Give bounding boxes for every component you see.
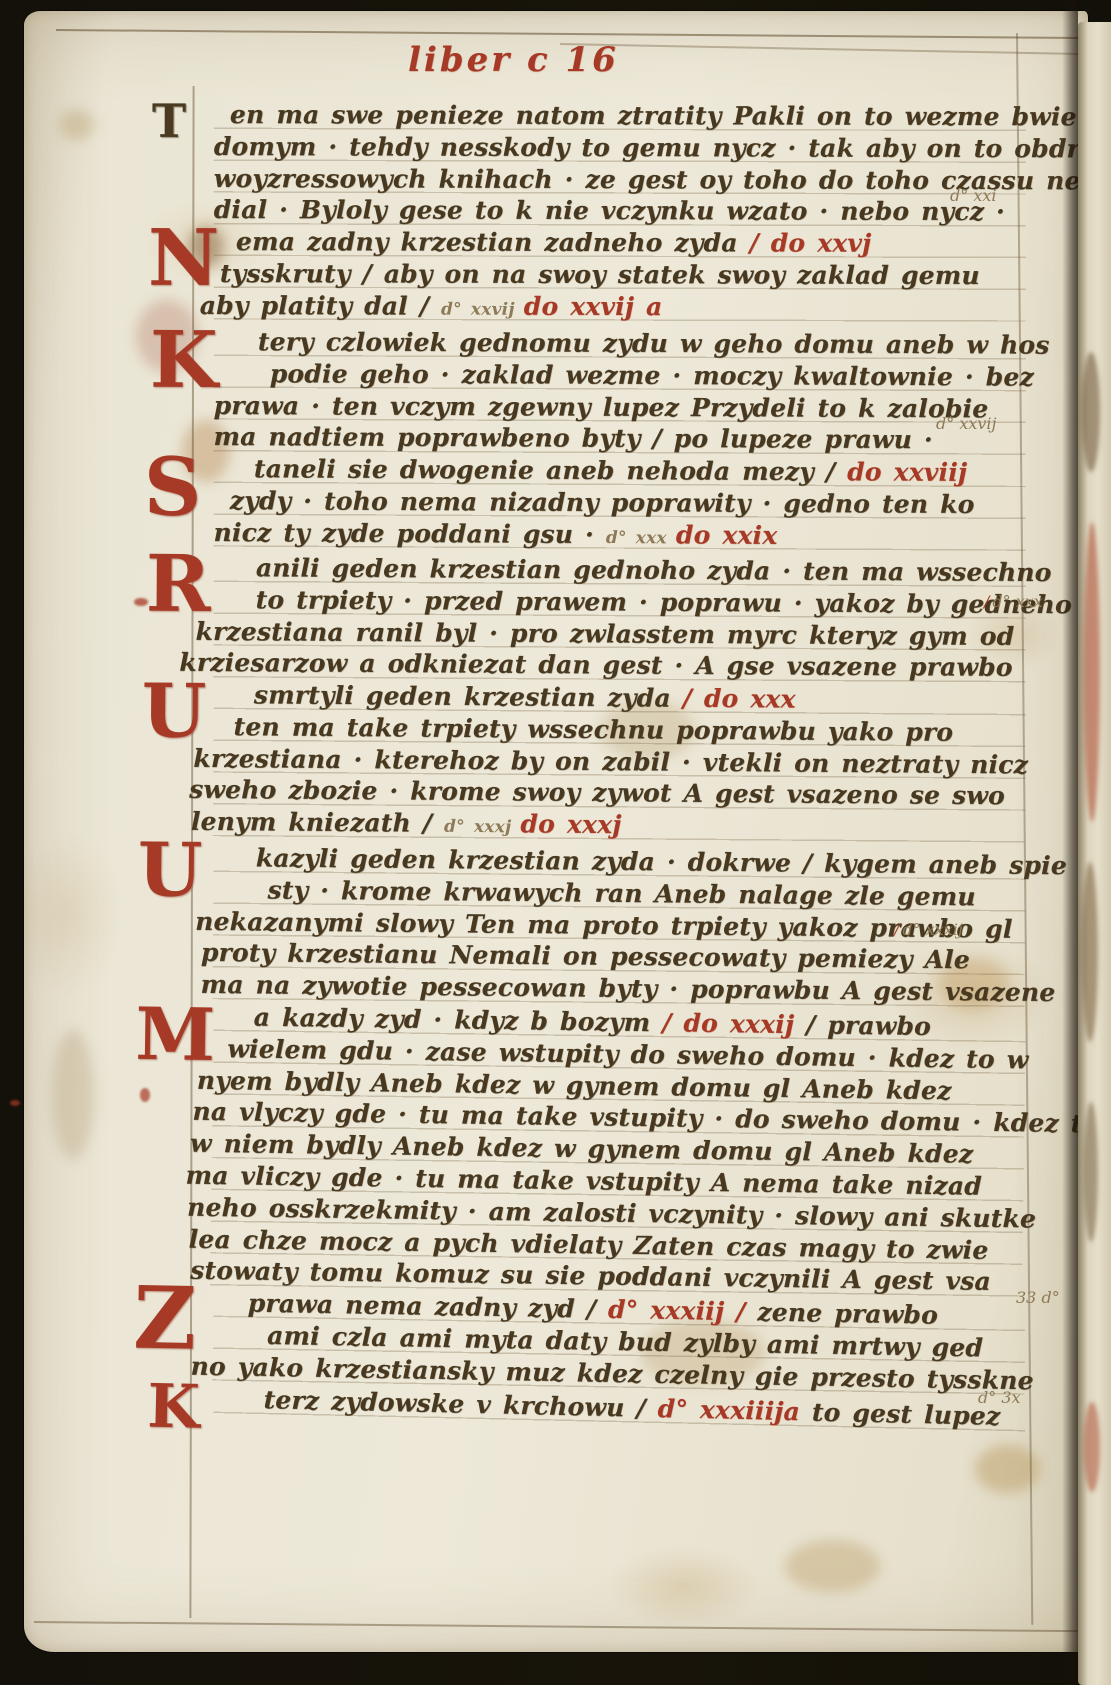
text-line: woyzressowych knihach · ze gest oy toho … — [214, 163, 1026, 197]
bleedthrough-mark — [1082, 862, 1098, 1042]
margin-note: /d° xxx — [984, 592, 1043, 611]
text-line: tysskruty / aby on na swoy statek swoy z… — [214, 258, 1026, 292]
body-text: ten ma take trpiety wssechnu poprawbu ya… — [234, 712, 954, 747]
rubric-text: do xxvij a — [524, 292, 663, 321]
drop-cap-initial: U — [141, 679, 206, 746]
body-text: podie geho · zaklad wezme · moczy kwalto… — [270, 359, 1034, 391]
running-header: liber c 16 — [408, 40, 619, 80]
margin-note: /d° xxxij — [894, 920, 963, 939]
rubric-text: / do xxx — [683, 684, 796, 714]
margin-note: d° 3x — [978, 1388, 1021, 1407]
text-body: Ten ma swe penieze natom ztratity Pakli … — [214, 99, 1026, 1415]
margin-note-text: d° xxx — [992, 592, 1042, 611]
margin-note-text: d° xxi — [950, 186, 997, 205]
paragraph: Ktery czlowiek gednomu zydu w geho domu … — [213, 326, 1026, 457]
drop-cap-initial: N — [148, 224, 219, 294]
margin-note: d° xxvij — [936, 414, 997, 433]
gloss-text: d° xxx — [606, 527, 676, 547]
body-text: ema zadny krzestian zadneho zyda — [236, 227, 750, 257]
drop-cap-initial: Z — [133, 1280, 197, 1358]
text-line: dial · Byloly gese to k nie vczynku wzat… — [214, 194, 1026, 228]
text-line: prawa · ten vczym zgewny lupez Przydeli … — [214, 389, 1026, 424]
rubric-tick: / — [894, 920, 899, 939]
red-speck — [10, 1100, 20, 1106]
text-line: aby platity dal / d° xxvij do xxvij a — [214, 290, 1026, 328]
body-text: anili geden krzestian gednoho zyda · ten… — [256, 553, 1052, 587]
text-line: to trpiety · przed prawem · poprawu · ya… — [214, 584, 1026, 621]
bleedthrough-mark — [1084, 1402, 1100, 1492]
drop-cap-initial: S — [144, 450, 202, 522]
body-text: prawa nema zadny zyd / — [247, 1289, 608, 1324]
body-text: domym · tehdy nesskody to gemu nycz · ta… — [214, 132, 1111, 163]
gloss-text: d° xxvij — [441, 299, 524, 319]
drop-cap-initial: U — [137, 838, 202, 905]
text-line: nicz ty zyde poddani gsu · d° xxx do xxi… — [213, 516, 1025, 556]
text-line: podie geho · zaklad wezme · moczy kwalto… — [214, 357, 1026, 392]
rubric-text: / — [736, 1298, 746, 1327]
manuscript-photo: liber c 16 Ten ma swe penieze natom ztra… — [0, 0, 1111, 1685]
body-text: zene prawbo — [745, 1298, 938, 1330]
paragraph: Ma kazdy zyd · kdyz b bozym / do xxxij /… — [210, 1001, 1026, 1298]
drop-cap-initial: M — [135, 1002, 216, 1068]
stain — [52, 1030, 94, 1160]
stain — [785, 1540, 880, 1592]
red-speck — [140, 1088, 150, 1102]
text-line: krziesarzow a odkniezat dan gest · A gse… — [213, 648, 1025, 685]
paragraph: Zprawa nema zadny zyd / d° xxxiij / zene… — [212, 1287, 1026, 1397]
body-text: krzestiana ranil byl · pro zwlasstem myr… — [195, 617, 1014, 651]
drop-cap-initial: K — [147, 1379, 200, 1434]
body-text: to gest lupez — [800, 1397, 1001, 1431]
text-line: krzestiana ranil byl · pro zwlasstem myr… — [213, 616, 1025, 653]
drop-cap-initial: T — [152, 101, 186, 142]
stain — [60, 110, 94, 140]
margin-note-text: d° xxxij — [902, 920, 962, 939]
text-line: anili geden krzestian gednoho zyda · ten… — [214, 552, 1026, 589]
body-text: smrtyli geden krzestian zyda — [254, 681, 683, 713]
rubric-text: / do xxvj — [749, 229, 871, 258]
rubric-text: do xxxj — [520, 810, 621, 840]
bleedthrough-mark — [1084, 522, 1100, 822]
body-text: tysskruty / aby on na swoy statek swoy z… — [220, 259, 980, 290]
text-line: en ma swe penieze natom ztratity Pakli o… — [214, 99, 1026, 133]
body-text: taneli sie dwogenie aneb nehoda mezy / — [254, 454, 847, 486]
text-line: zydy · toho nema nizadny poprawity · ged… — [214, 485, 1026, 521]
margin-note-text: d° 3x — [978, 1388, 1021, 1407]
body-text: tery czlowiek gednomu zydu w geho domu a… — [258, 327, 1050, 359]
body-text: terz zydowske v krchowu / — [263, 1385, 658, 1423]
text-line: ema zadny krzestian zadneho zyda / do xx… — [214, 226, 1026, 260]
body-text: ma nadtiem poprawbeno byty / po lupeze p… — [213, 422, 932, 454]
margin-note: 33 d° — [1016, 1288, 1060, 1307]
body-text: sty · krome krwawych ran Aneb nalage zle… — [267, 876, 975, 912]
paragraph: Usmrtyli geden krzestian zyda / do xxxte… — [213, 679, 1026, 848]
rubric-text: do xxix — [676, 520, 778, 550]
margin-note: d° xxi — [950, 186, 997, 205]
gutter-shadow — [1062, 0, 1078, 1685]
body-text: zydy · toho nema nizadny poprawity · ged… — [230, 486, 975, 519]
rubric-tick: / — [984, 592, 989, 611]
body-text: prawa · ten vczym zgewny lupez Przydeli … — [214, 390, 989, 422]
paragraph: Staneli sie dwogenie aneb nehoda mezy / … — [213, 453, 1026, 557]
body-text — [724, 1297, 736, 1326]
rubric-text: d° xxxiiija — [657, 1394, 800, 1426]
text-line: domym · tehdy nesskody to gemu nycz · ta… — [214, 131, 1026, 165]
body-text: / prawbo — [794, 1010, 931, 1041]
text-line: tery czlowiek gednomu zydu w geho domu a… — [214, 326, 1026, 361]
bleedthrough-mark — [1082, 352, 1100, 472]
paragraph: Ranili geden krzestian gednoho zyda · te… — [213, 552, 1026, 684]
text-line: ma nadtiem poprawbeno byty / po lupeze p… — [213, 421, 1025, 456]
body-text: sweho zbozie · krome swoy zywot A gest v… — [189, 776, 1005, 811]
paragraph: Nema zadny krzestian zadneho zyda / do x… — [214, 226, 1026, 328]
rubric-text: / do xxxij — [662, 1009, 794, 1040]
next-page-edge — [1078, 22, 1111, 1685]
margin-note-text: d° xxvij — [936, 414, 997, 433]
bleedthrough-mark — [1084, 1102, 1098, 1242]
paragraph: Ten ma swe penieze natom ztratity Pakli … — [214, 99, 1026, 228]
rubric-text: d° xxxiij — [608, 1295, 725, 1326]
rubric-text: do xxviij — [847, 457, 967, 487]
drop-cap-initial: K — [150, 325, 218, 395]
body-text: en ma swe penieze natom ztratity Pakli o… — [230, 100, 1077, 131]
body-text: krziesarzow a odkniezat dan gest · A gse… — [179, 648, 1013, 682]
gloss-text: d° xxxj — [444, 817, 521, 838]
body-text: to trpiety · przed prawem · poprawu · ya… — [256, 585, 1072, 619]
body-text: lenym kniezath / — [191, 807, 444, 838]
body-text: aby platity dal / — [200, 291, 441, 321]
body-text: dial · Byloly gese to k nie vczynku wzat… — [214, 195, 1005, 226]
margin-note-text: 33 d° — [1016, 1288, 1060, 1307]
body-text: a kazdy zyd · kdyz b bozym — [254, 1003, 663, 1038]
text-line: taneli sie dwogenie aneb nehoda mezy / d… — [214, 453, 1026, 489]
drop-cap-initial: R — [146, 550, 211, 621]
body-text: nicz ty zyde poddani gsu · — [214, 517, 606, 548]
body-text: krzestiana · kterehoz by on zabil · vtek… — [193, 744, 1028, 780]
